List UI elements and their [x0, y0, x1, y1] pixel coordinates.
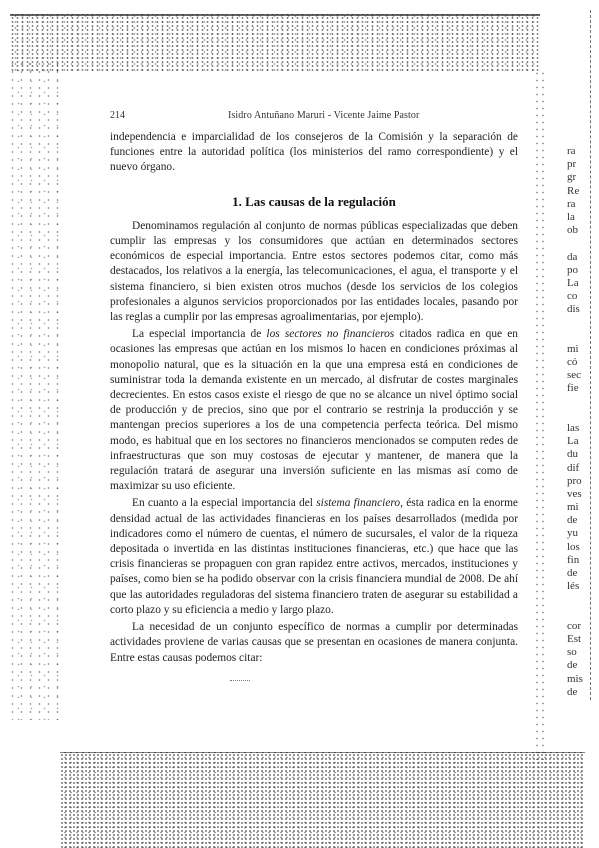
- adjacent-fragment: los: [567, 541, 599, 554]
- adjacent-fragment: [567, 316, 599, 329]
- adjacent-fragment: de: [567, 514, 599, 527]
- adjacent-fragment: ves: [567, 488, 599, 501]
- paragraph-causes: La necesidad de un conjunto específico d…: [110, 620, 518, 666]
- adjacent-fragment: pro: [567, 475, 599, 488]
- adjacent-fragment: [567, 409, 599, 422]
- adjacent-fragment: fin: [567, 554, 599, 567]
- adjacent-fragment: Est: [567, 633, 599, 646]
- scan-noise-left: [8, 60, 60, 720]
- running-head: 214 Isidro Antuñano Maruri - Vicente Jai…: [110, 110, 518, 130]
- adjacent-fragment: co: [567, 290, 599, 303]
- adjacent-fragment: da: [567, 251, 599, 264]
- adjacent-fragment: La: [567, 277, 599, 290]
- adjacent-page-text: raprgrReralaobdapoLacodismicósecfielasLa…: [567, 145, 599, 699]
- adjacent-fragment: [567, 330, 599, 343]
- opening-paragraph: independencia e imparcialidad de los con…: [110, 130, 518, 176]
- adjacent-fragment: po: [567, 264, 599, 277]
- adjacent-fragment: de: [567, 659, 599, 672]
- page-body: independencia e imparcialidad de los con…: [110, 130, 518, 666]
- adjacent-fragment: mi: [567, 343, 599, 356]
- adjacent-fragment: la: [567, 211, 599, 224]
- adjacent-fragment: lés: [567, 580, 599, 593]
- scan-noise-gutter: [534, 70, 548, 760]
- adjacent-fragment: mi: [567, 501, 599, 514]
- page-number: 214: [110, 110, 125, 121]
- section-heading: 1. Las causas de la regulación: [110, 194, 518, 209]
- italic-term: sistema financiero: [316, 497, 400, 509]
- adjacent-fragment: [567, 593, 599, 606]
- adjacent-fragment: Re: [567, 185, 599, 198]
- adjacent-fragment: du: [567, 448, 599, 461]
- paragraph-text: En cuanto a la especial importancia del: [132, 497, 316, 509]
- adjacent-fragment: [567, 396, 599, 409]
- scan-noise-top: [10, 14, 540, 72]
- page-end-mark: [230, 680, 250, 683]
- adjacent-fragment: [567, 237, 599, 250]
- adjacent-fragment: dis: [567, 303, 599, 316]
- book-page: 214 Isidro Antuñano Maruri - Vicente Jai…: [110, 110, 518, 668]
- paragraph-definition: Denominamos regulación al conjunto de no…: [110, 219, 518, 325]
- italic-term: los sectores no financieros: [266, 328, 394, 340]
- adjacent-fragment: las: [567, 422, 599, 435]
- scan-noise-bottom: [60, 752, 585, 848]
- adjacent-fragment: La: [567, 435, 599, 448]
- paragraph-text: La especial importancia de: [132, 328, 266, 340]
- paragraph-text: , ésta radica en la enorme densidad actu…: [110, 497, 518, 615]
- running-authors: Isidro Antuñano Maruri - Vicente Jaime P…: [228, 110, 419, 121]
- adjacent-fragment: ra: [567, 145, 599, 158]
- adjacent-fragment: sec: [567, 369, 599, 382]
- adjacent-fragment: de: [567, 567, 599, 580]
- adjacent-fragment: de: [567, 686, 599, 699]
- adjacent-fragment: ra: [567, 198, 599, 211]
- adjacent-fragment: so: [567, 646, 599, 659]
- adjacent-fragment: có: [567, 356, 599, 369]
- adjacent-fragment: pr: [567, 158, 599, 171]
- paragraph-financial: En cuanto a la especial importancia del …: [110, 496, 518, 618]
- adjacent-fragment: mis: [567, 673, 599, 686]
- adjacent-fragment: yu: [567, 527, 599, 540]
- paragraph-non-financial: La especial importancia de los sectores …: [110, 327, 518, 494]
- paragraph-text: citados radica en que en ocasiones las e…: [110, 328, 518, 492]
- adjacent-fragment: [567, 607, 599, 620]
- adjacent-fragment: cor: [567, 620, 599, 633]
- adjacent-fragment: gr: [567, 171, 599, 184]
- adjacent-fragment: dif: [567, 462, 599, 475]
- adjacent-fragment: ob: [567, 224, 599, 237]
- adjacent-fragment: fie: [567, 382, 599, 395]
